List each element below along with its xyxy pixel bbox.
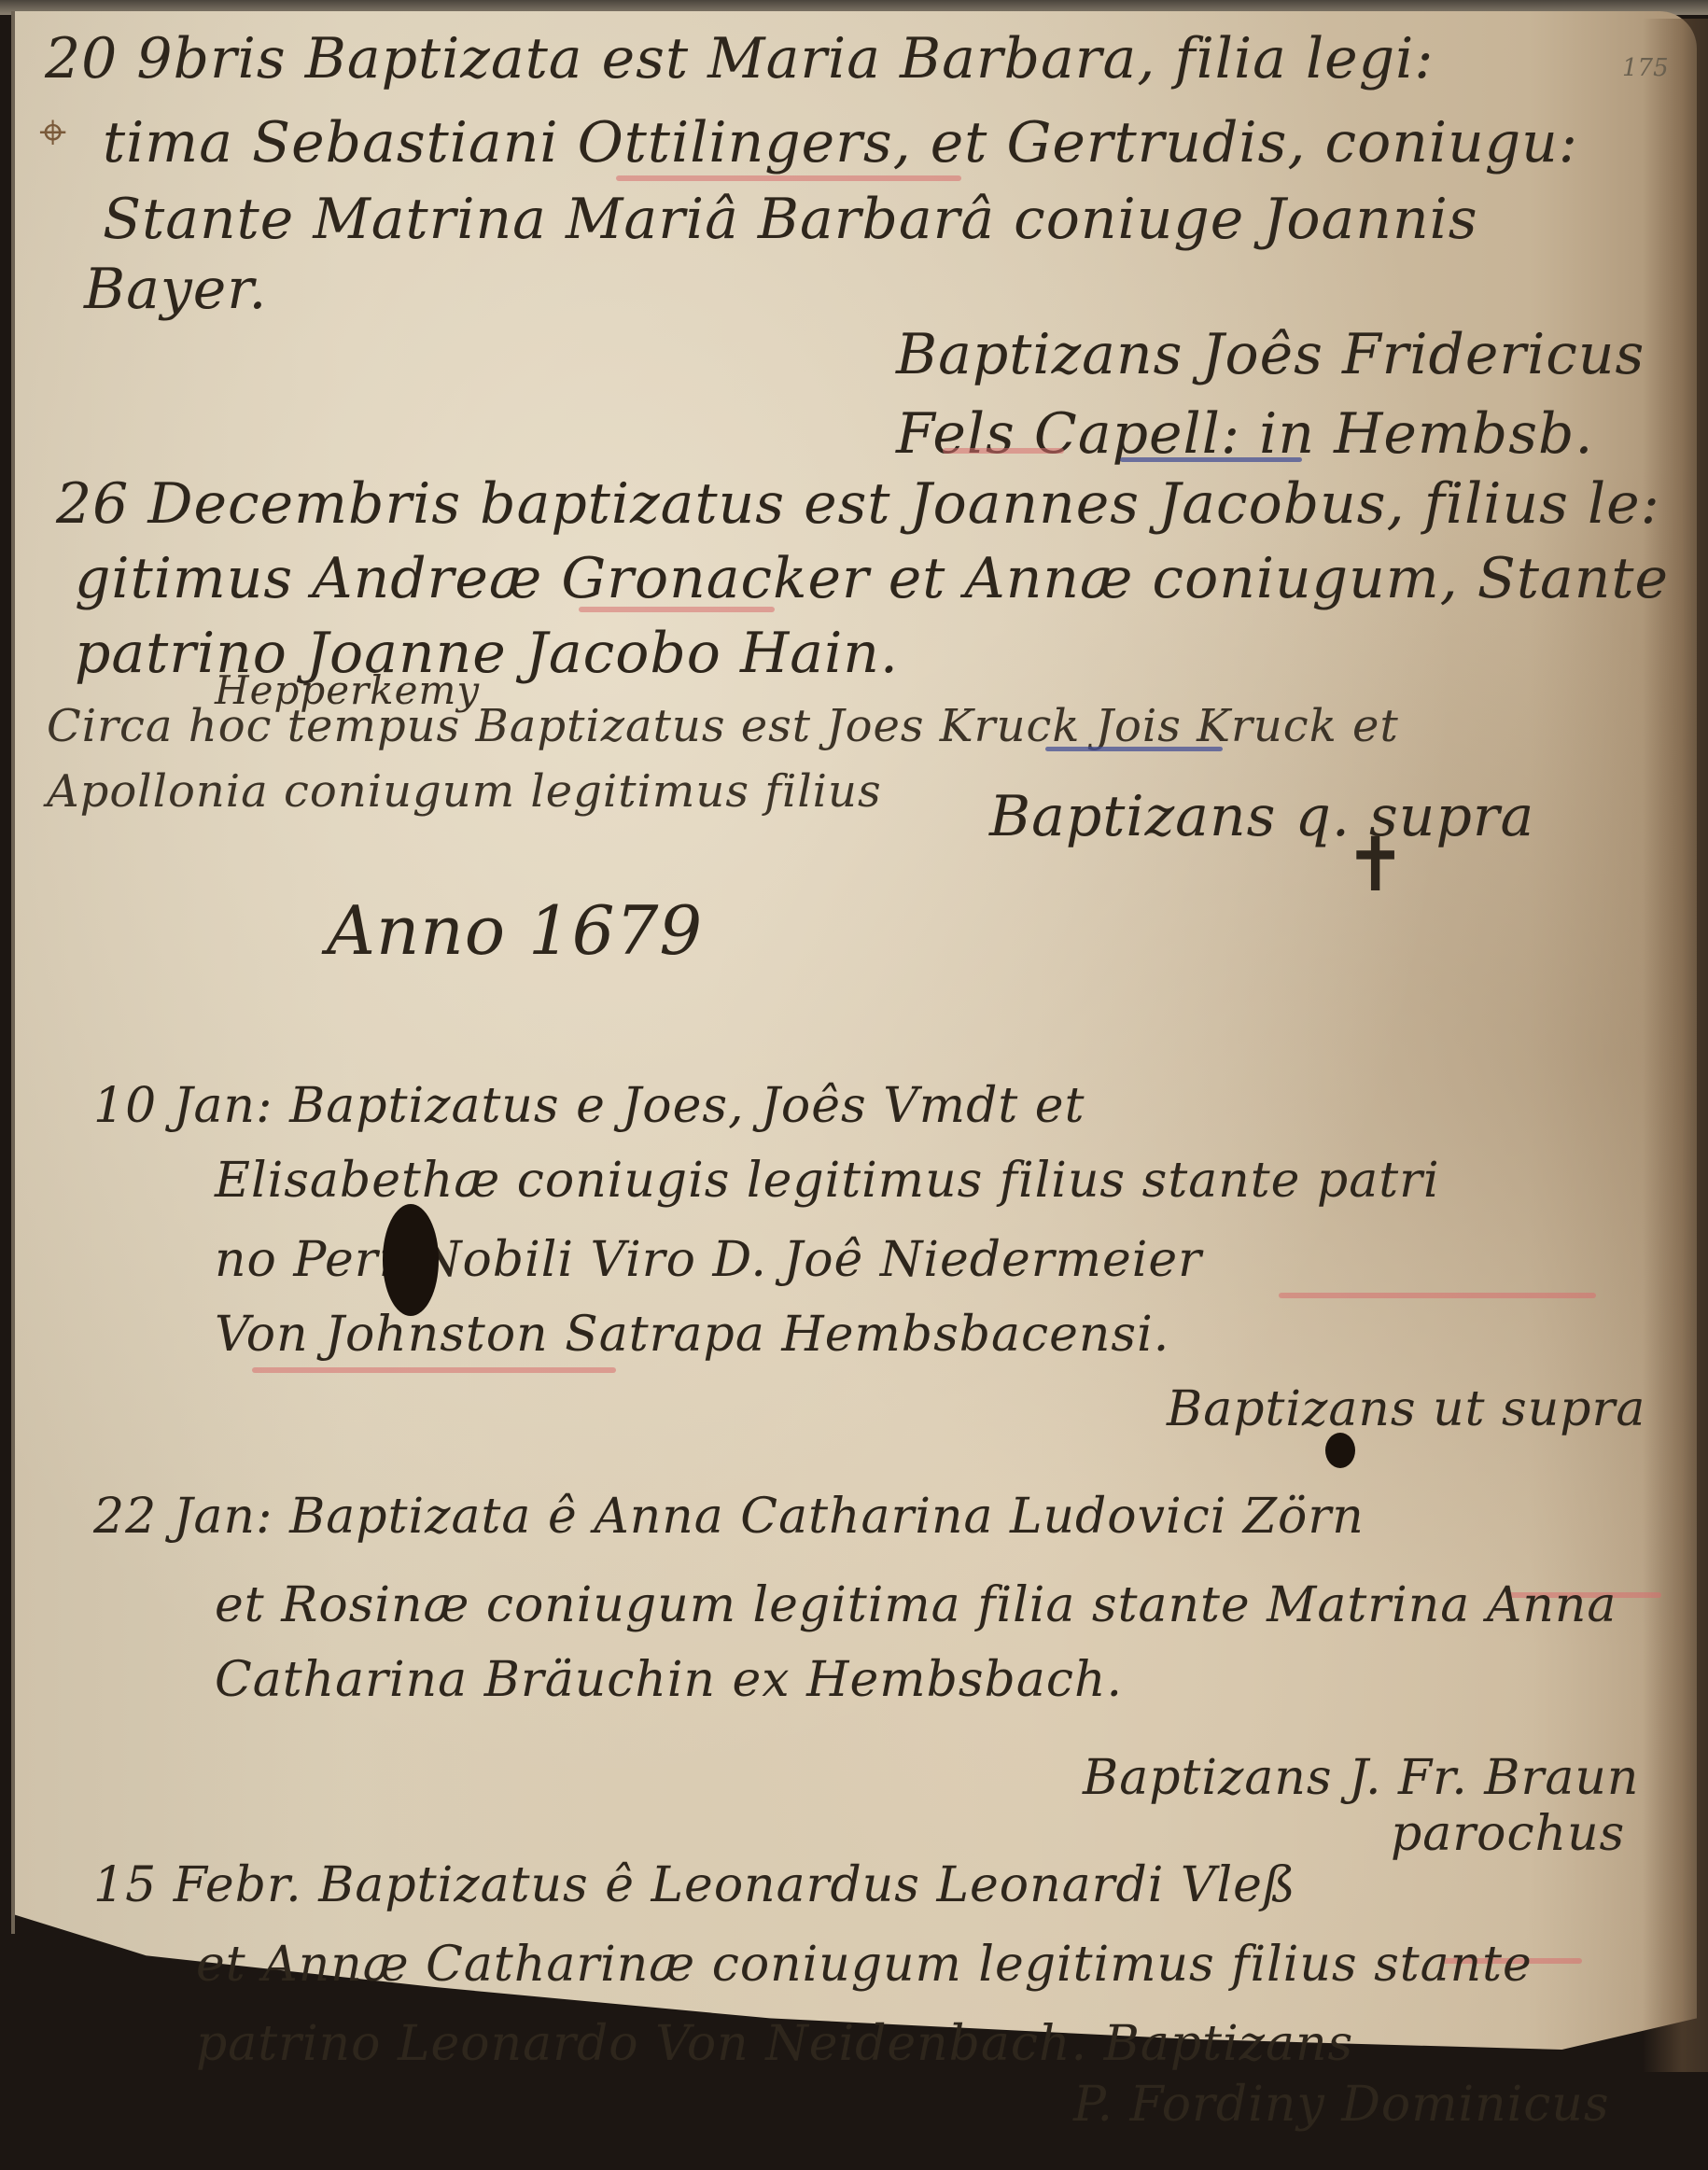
entry-line: Catharina Bräuchin ex Hembsbach. (215, 1652, 1123, 1708)
page-number: 175 (1622, 54, 1669, 82)
entry-line: tima Sebastiani Ottilingers, et Gertrudi… (103, 110, 1578, 175)
page-gutter-shadow (1643, 19, 1708, 2072)
entry-line: 20 9bris Baptizata est Maria Barbara, fi… (45, 26, 1435, 91)
officiant-line: Baptizans q. supra (989, 784, 1534, 849)
entry-line: Stante Matrina Mariâ Barbarâ coniuge Joa… (103, 187, 1478, 252)
blue-underline (1120, 457, 1302, 462)
entry-line: 15 Febr. Baptizatus ê Leonardus Leonardi… (93, 1857, 1296, 1913)
officiant-line: Baptizans Joês Fridericus (896, 322, 1645, 387)
entry-line: no Perr Nobili Viro D. Joê Niedermeier (215, 1232, 1202, 1288)
officiant-line: P. Fordiny Dominicus (1073, 2077, 1610, 2133)
entry-line: et Annæ Catharinæ coniugum legitimus fil… (196, 1937, 1533, 1993)
entry-line: Elisabethæ coniugis legitimus filius sta… (215, 1153, 1440, 1209)
red-underline (616, 175, 961, 181)
entry-line: patrino Joanne Jacobo Hain. (75, 621, 899, 686)
red-underline (943, 448, 1064, 454)
ink-blot (383, 1204, 439, 1316)
entry-line: Apollonia coniugum legitimus filius (47, 765, 882, 818)
red-underline (252, 1367, 616, 1373)
officiant-line: Baptizans J. Fr. Braun (1083, 1750, 1639, 1806)
page-binding-edge (11, 11, 15, 1934)
cross-sign-icon: ✝ (1344, 821, 1407, 908)
entry-line: 22 Jan: Baptizata ê Anna Catharina Ludov… (93, 1489, 1365, 1545)
entry-line: 10 Jan: Baptizatus e Joes, Joês Vmdt et (93, 1078, 1085, 1134)
officiant-line: parochus (1391, 1806, 1625, 1862)
entry-line: 26 Decembris baptizatus est Joannes Jaco… (56, 471, 1660, 537)
blue-underline (1045, 747, 1223, 751)
entry-line: et Rosinæ coniugum legitima filia stante… (215, 1577, 1617, 1633)
entry-line: gitimus Andreæ Gronacker et Annæ coniugu… (75, 546, 1669, 611)
entry-line: Von Johnston Satrapa Hembsbacensi. (215, 1307, 1169, 1363)
margin-cross-icon: ⌖ (39, 105, 66, 161)
red-underline (1279, 1293, 1596, 1298)
year-heading: Anno 1679 (327, 891, 703, 970)
document-scan: 175 ⌖ 20 9bris Baptizata est Maria Barba… (0, 0, 1708, 2170)
entry-line: Circa hoc tempus Baptizatus est Joes Kru… (47, 700, 1399, 752)
ink-blot (1325, 1433, 1355, 1468)
red-underline (579, 607, 775, 612)
officiant-line: Baptizans ut supra (1167, 1381, 1645, 1437)
entry-line: patrino Leonardo Von Neidenbach. Baptiza… (196, 2016, 1353, 2072)
entry-line: Bayer. (84, 257, 267, 322)
